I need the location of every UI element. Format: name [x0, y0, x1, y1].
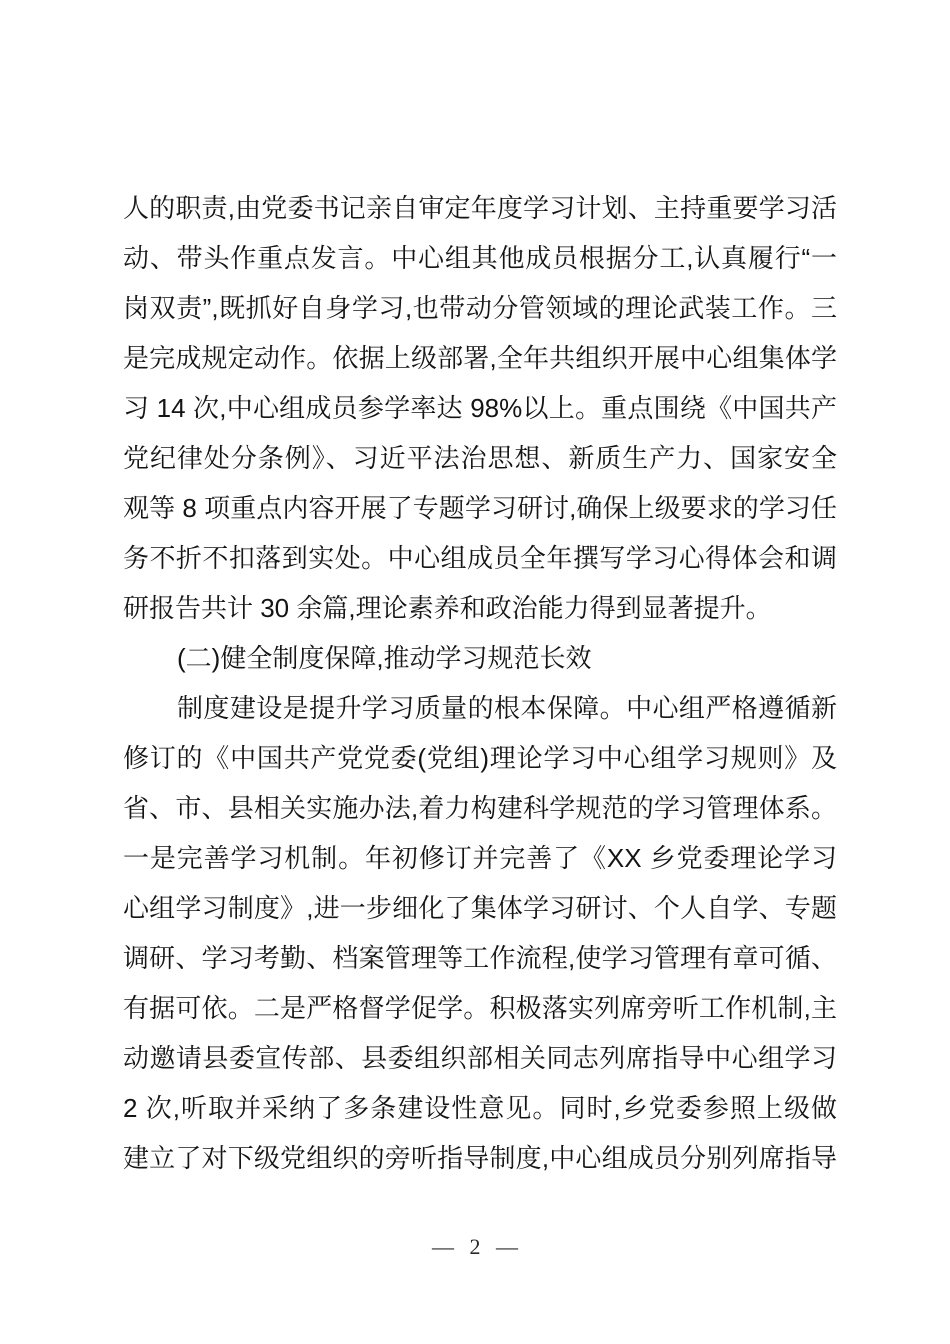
text-line: 动、带头作重点发言。中心组其他成员根据分工,认真履行“一	[123, 233, 837, 283]
text-line: 一是完善学习机制。年初修订并完善了《XX 乡党委理论学习中	[123, 833, 837, 883]
page-number: — 2 —	[0, 1234, 950, 1260]
text-line: 省、市、县相关实施办法,着力构建科学规范的学习管理体系。	[123, 783, 837, 833]
text-line: 岗双责”,既抓好自身学习,也带动分管领域的理论武装工作。三	[123, 283, 837, 333]
text-line: 务不折不扣落到实处。中心组成员全年撰写学习心得体会和调	[123, 533, 837, 583]
text-line: 制度建设是提升学习质量的根本保障。中心组严格遵循新	[123, 683, 837, 733]
text-line: 党纪律处分条例》、习近平法治思想、新质生产力、国家安全	[123, 433, 837, 483]
text-line: 2 次,听取并采纳了多条建设性意见。同时,乡党委参照上级做法,	[123, 1083, 837, 1133]
text-line: 建立了对下级党组织的旁听指导制度,中心组成员分别列席指导	[123, 1133, 837, 1183]
text-line: 习 14 次,中心组成员参学率达 98%以上。重点围绕《中国共产	[123, 383, 837, 433]
text-line: 动邀请县委宣传部、县委组织部相关同志列席指导中心组学习	[123, 1033, 837, 1083]
text-line: 观等 8 项重点内容开展了专题学习研讨,确保上级要求的学习任	[123, 483, 837, 533]
text-line: 是完成规定动作。依据上级部署,全年共组织开展中心组集体学	[123, 333, 837, 383]
section-heading: (二)健全制度保障,推动学习规范长效	[123, 633, 837, 683]
text-line: 调研、学习考勤、档案管理等工作流程,使学习管理有章可循、	[123, 933, 837, 983]
document-page: 人的职责,由党委书记亲自审定年度学习计划、主持重要学习活动、带头作重点发言。中心…	[0, 0, 950, 1344]
document-body: 人的职责,由党委书记亲自审定年度学习计划、主持重要学习活动、带头作重点发言。中心…	[123, 183, 837, 1183]
text-line: 修订的《中国共产党党委(党组)理论学习中心组学习规则》及	[123, 733, 837, 783]
text-line: 心组学习制度》,进一步细化了集体学习研讨、个人自学、专题	[123, 883, 837, 933]
text-line: 人的职责,由党委书记亲自审定年度学习计划、主持重要学习活	[123, 183, 837, 233]
text-line: 有据可依。二是严格督学促学。积极落实列席旁听工作机制,主	[123, 983, 837, 1033]
text-line: 研报告共计 30 余篇,理论素养和政治能力得到显著提升。	[123, 583, 837, 633]
